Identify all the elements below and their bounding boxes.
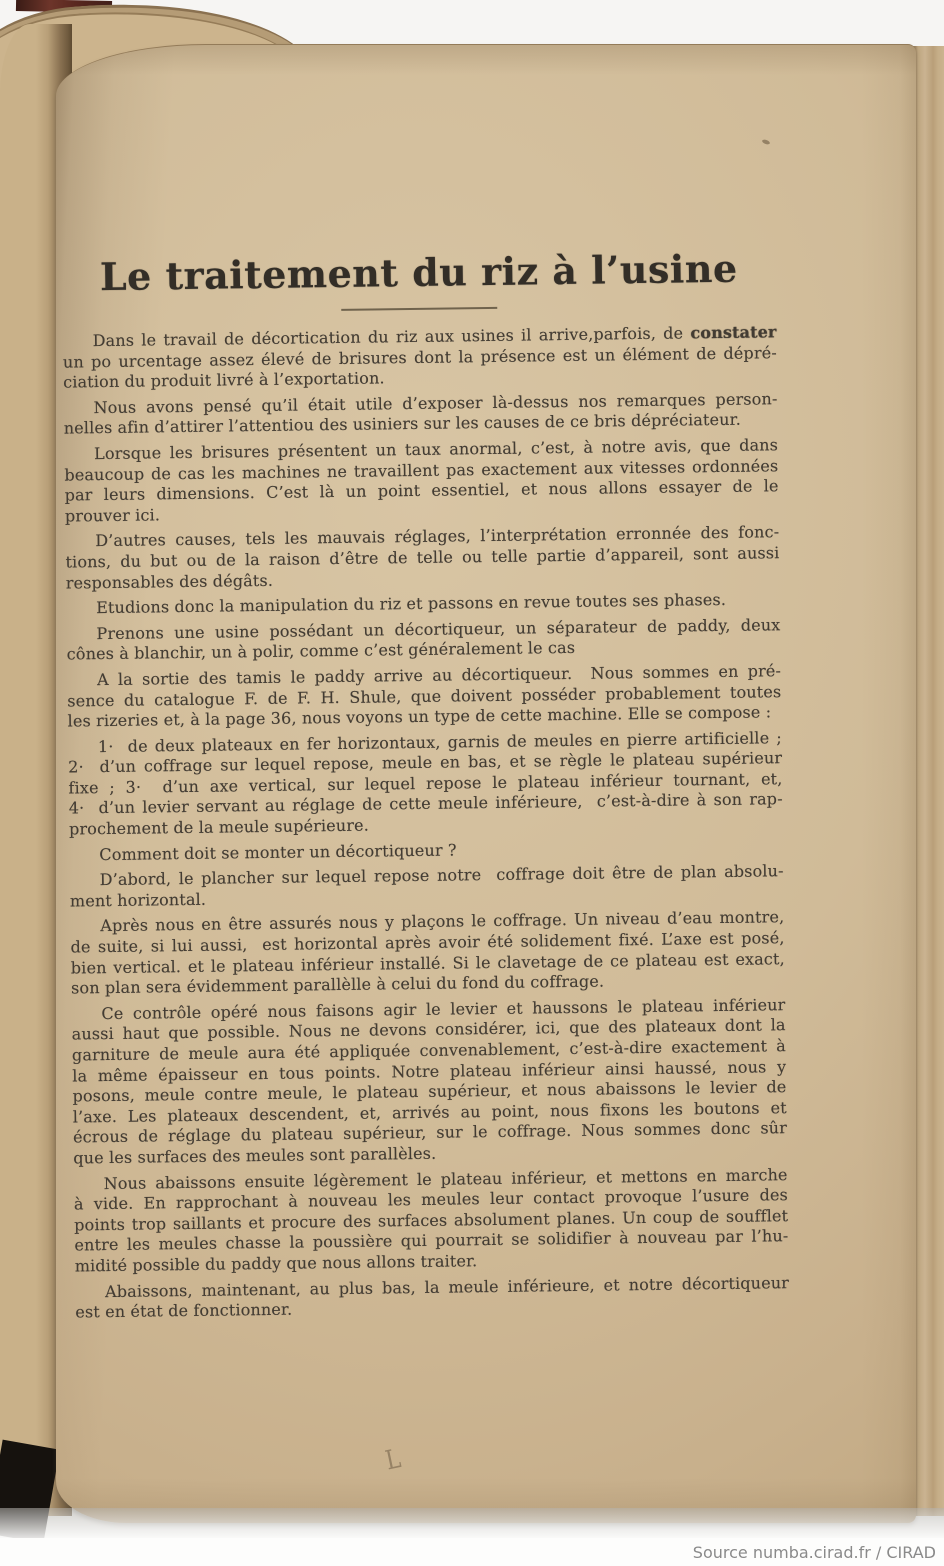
paragraph: Comment doit se monter un décortiqueur ? <box>69 836 783 866</box>
paragraph: Prenons une usine possédant un décortiqu… <box>66 615 780 666</box>
source-attribution: Source numba.cirad.fr / CIRAD <box>693 1543 936 1562</box>
title-divider <box>341 307 497 311</box>
scanned-book-photo: Le traitement du riz à l’usine Dans le t… <box>0 0 944 1566</box>
paragraph: Nous avons pensé qu’il était utile d’exp… <box>63 389 777 440</box>
page-bottom-shadow <box>0 1508 944 1538</box>
text-line: Comment doit se monter un décortiqueur ? <box>69 836 783 866</box>
paragraph: Dans le travail de décortication du riz … <box>63 322 778 393</box>
paragraph: D’autres causes, tels les mauvais réglag… <box>65 523 780 594</box>
right-page-stack-edge <box>912 46 944 1516</box>
paragraph: 1· de deux plateaux en fer horizontaux, … <box>68 728 783 840</box>
paragraph: Ce contrôle opéré nous faisons agir le l… <box>71 995 787 1169</box>
page-content: Le traitement du riz à l’usine Dans le t… <box>62 245 790 1328</box>
attribution-bar: Source numba.cirad.fr / CIRAD <box>0 1538 944 1566</box>
body-text: Dans le travail de décortication du riz … <box>63 322 790 1323</box>
paragraph: Abaissons, maintenant, au plus bas, la m… <box>75 1273 789 1324</box>
paragraph: Après nous en être assurés nous y plaçon… <box>70 908 785 1000</box>
text-line: Etudions donc la manipulation du riz et … <box>66 589 780 619</box>
page-title: Le traitement du riz à l’usine <box>62 245 777 300</box>
paragraph: D’abord, le plancher sur lequel repose n… <box>70 861 784 912</box>
paragraph: Nous abaissons ensuite légèrement le pla… <box>74 1165 789 1277</box>
paragraph: Lorsque les brisures présentent un taux … <box>64 435 779 527</box>
paragraph: A la sortie des tamis le paddy arrive au… <box>67 661 782 732</box>
paragraph: Etudions donc la manipulation du riz et … <box>66 589 780 619</box>
